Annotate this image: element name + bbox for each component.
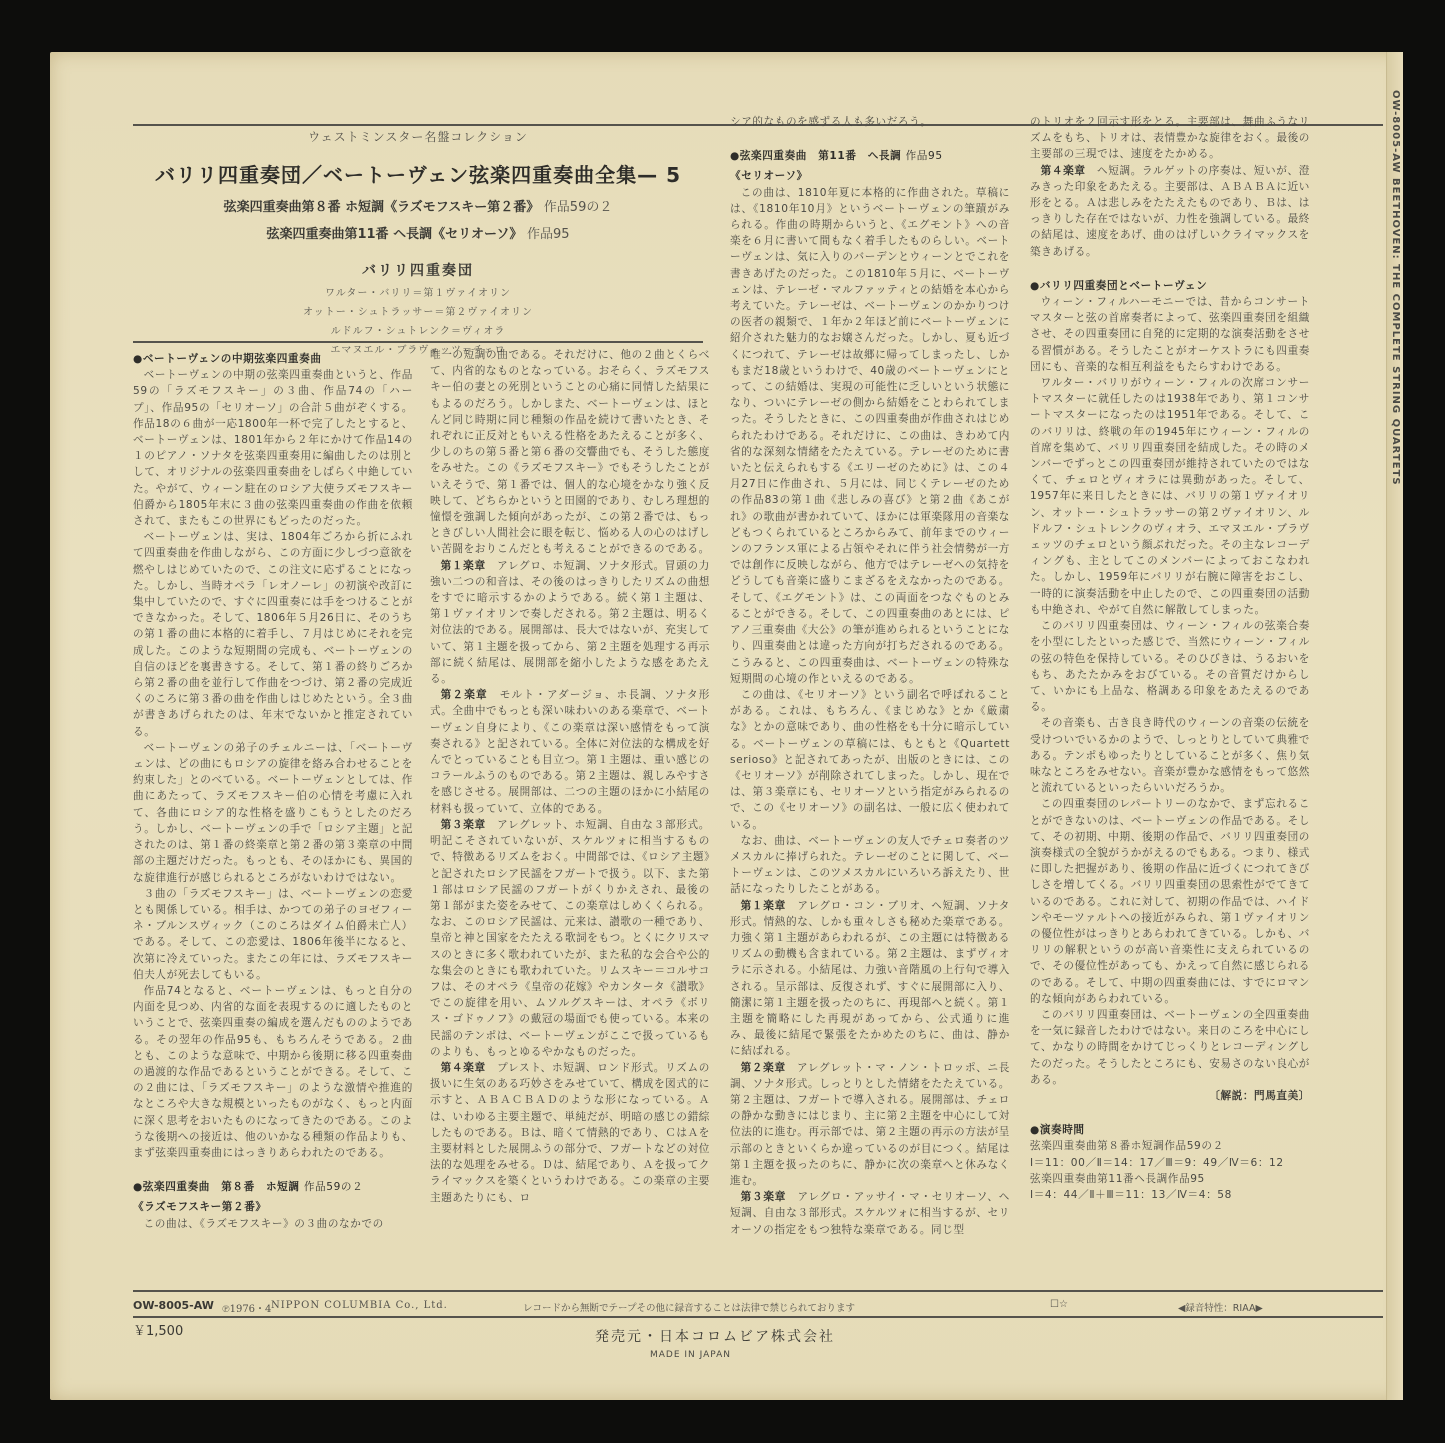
heading-opus: 作品95 [906, 150, 943, 162]
paragraph: この曲は、《ラズモフスキー》の３曲のなかでの [133, 1216, 413, 1232]
timing-values: Ⅰ＝4：44／Ⅱ＋Ⅲ＝11：13／Ⅳ＝4：58 [1030, 1187, 1310, 1203]
series-name: ウェストミンスター名盤コレクション [133, 128, 703, 145]
spine-text: OW-8005-AW BEETHOVEN: THE COMPLETE STRIN… [1390, 90, 1401, 486]
paragraph: この曲は、1810年夏に本格的に作曲された。草稿には、《1810年10月》という… [730, 185, 1010, 687]
timing-work: 弦楽四重奏曲第11番ヘ長調作品95 [1030, 1171, 1310, 1187]
author-signature: 〔解説：門馬直美〕 [1030, 1088, 1310, 1104]
price: ￥1,500 [133, 1320, 183, 1339]
paragraph: ウィーン・フィルハーモニーでは、昔からコンサートマスターと弦の首席奏者によって、… [1030, 294, 1310, 375]
movement-paragraph: 第１楽章 アレグロ・コン・ブリオ、ヘ短調、ソナタ形式。情熱的な、しかも重々しさも… [730, 898, 1010, 1060]
movement-text: アレグロ・コン・ブリオ、ヘ短調、ソナタ形式。情熱的な、しかも重々しさも秘めた楽章… [730, 900, 1010, 1058]
timing-values: Ⅰ＝11：00／Ⅱ＝14：17／Ⅲ＝9：49／Ⅳ＝6：12 [1030, 1155, 1310, 1171]
movement-label: 第４楽章 [1041, 165, 1086, 177]
paragraph: ３曲の「ラズモフスキー」は、ベートーヴェンの恋愛とも関係している。相手は、かつて… [133, 886, 413, 983]
section-heading: ●弦楽四重奏曲 第11番 ヘ長調 作品95 [730, 148, 1010, 164]
timing-heading: ●演奏時間 [1030, 1122, 1310, 1138]
album-title: バリリ四重奏団／ベートーヴェン弦楽四重奏曲全集— 5 [133, 159, 703, 188]
paragraph: シア的なものを感ずる人も多いだろう。 [730, 114, 1010, 130]
heading-opus: 作品59の２ [304, 1181, 363, 1193]
footer-bottom-rule [133, 1316, 1383, 1318]
movement-paragraph: 第４楽章 プレスト、ホ短調、ロンド形式。リズムの扱いに生気のある巧妙さをみせてい… [430, 1060, 710, 1206]
seller: 発売元・日本コロムビア株式会社 [595, 1326, 835, 1346]
movement-paragraph: 第２楽章 アレグレット・マ・ノン・トロッポ、ニ長調、ソナタ形式。しっとりとした情… [730, 1060, 1010, 1190]
movement-paragraph: 第２楽章 モルト・アダージョ、ホ長調、ソナタ形式。全曲中でもっとも深い味わいのあ… [430, 687, 710, 817]
section-heading: ●バリリ四重奏団とベートーヴェン [1030, 278, 1310, 294]
movement-text: ヘ短調。ラルゲットの序奏は、短いが、澄みきった印象をあたえる。主要部は、ＡＢＡＢ… [1030, 165, 1310, 258]
work-line-1: 弦楽四重奏曲第８番 ホ短調《ラズモフスキー第２番》 作品59の２ [133, 196, 703, 215]
paragraph: このバリリ四重奏団は、ベートーヴェンの全四重奏曲を一気に録音したわけではない。来… [1030, 1007, 1310, 1088]
section-subheading: 《セリオーソ》 [730, 168, 1010, 184]
marks-icon: ☐☆ [1050, 1299, 1068, 1310]
column-2: 唯一の短調の曲である。それだけに、他の２曲とくらべて、内省的なものとなっている。… [430, 347, 710, 1206]
copy-notice: レコードから無断でテープその他に録音することは法律で禁じられております [523, 1300, 855, 1314]
paragraph: ベートーヴェンは、実は、1804年ごろから折にふれて四重奏曲を作曲しながら、この… [133, 529, 413, 740]
member: オットー・シュトラッサー＝第２ヴァイオリン [133, 303, 703, 318]
movement-paragraph: 第４楽章 ヘ短調。ラルゲットの序奏は、短いが、澄みきった印象をあたえる。主要部は… [1030, 163, 1310, 260]
work-title: 弦楽四重奏曲第11番 ヘ長調《セリオーソ》 [266, 227, 522, 242]
heading-text: ●弦楽四重奏曲 第８番 ホ短調 [133, 1181, 300, 1193]
movement-label: 第２楽章 [741, 1062, 786, 1074]
paragraph: のトリオを２回示す形をとる。主要部は、舞曲ふうなリズムをもち、トリオは、表情豊か… [1030, 114, 1310, 163]
work-opus: 作品95 [527, 227, 570, 242]
heading-text: ●弦楽四重奏曲 第11番 ヘ長調 [730, 150, 901, 162]
copyright: ℗1976・4 [222, 1300, 271, 1315]
paragraph: この四重奏団のレパートリーのなかで、まず忘れることができないのは、ベートーヴェン… [1030, 796, 1310, 1007]
paragraph: ベートーヴェンの中期の弦楽四重奏曲というと、作品59の「ラズモフスキー」の３曲、… [133, 367, 413, 529]
paragraph: ワルター・バリリがウィーン・フィルの次席コンサートマスターに就任したのは1938… [1030, 375, 1310, 618]
work-title: 弦楽四重奏曲第８番 ホ短調《ラズモフスキー第２番》 [224, 200, 540, 215]
movement-label: 第３楽章 [741, 1191, 787, 1203]
movement-text: プレスト、ホ短調、ロンド形式。リズムの扱いに生気のある巧妙さをみせていて、構成を… [430, 1062, 710, 1204]
footer-top-rule [133, 1290, 1383, 1292]
member: ワルター・バリリ＝第１ヴァイオリン [133, 284, 703, 299]
header-bottom-rule [133, 341, 703, 343]
movement-paragraph: 第１楽章 アレグロ、ホ短調、ソナタ形式。冒頭の力強い二つの和音は、その後のはっき… [430, 558, 710, 688]
title-block: ウェストミンスター名盤コレクション バリリ四重奏団／ベートーヴェン弦楽四重奏曲全… [133, 124, 703, 356]
company-name: NIPPON COLUMBIA Co., Ltd. [271, 1300, 448, 1311]
movement-text: アレグレット、ホ短調、自由な３部形式。明記こそされていないが、スケルツォに相当す… [430, 819, 710, 1058]
ensemble-name: バリリ四重奏団 [133, 260, 703, 280]
movement-label: 第１楽章 [741, 900, 786, 912]
riaa-label: ◀録音特性：RIAA▶ [1178, 1300, 1263, 1314]
member: ルドルフ・シュトレンク＝ヴィオラ [133, 322, 703, 337]
movement-paragraph: 第３楽章 アレグレット、ホ短調、自由な３部形式。明記こそされていないが、スケルツ… [430, 817, 710, 1060]
paragraph: この曲は、《セリオーソ》という副名で呼ばれることがある。これは、もちろん、《まじ… [730, 687, 1010, 833]
paragraph: このバリリ四重奏団は、ウィーン・フィルの弦楽合奏を小型にしたといった感じで、当然… [1030, 618, 1310, 715]
work-opus: 作品59の２ [544, 200, 613, 215]
movement-text: モルト・アダージョ、ホ長調、ソナタ形式。全曲中でもっとも深い味わいのある楽章で、… [430, 689, 710, 814]
column-1: ●ベートーヴェンの中期弦楽四重奏曲 ベートーヴェンの中期の弦楽四重奏曲というと、… [133, 347, 413, 1232]
paragraph: なお、曲は、ベートーヴェンの友人でチェロ奏者のツメスカルに捧げられた。テレーゼの… [730, 833, 1010, 898]
column-3: シア的なものを感ずる人も多いだろう。 ●弦楽四重奏曲 第11番 ヘ長調 作品95… [730, 114, 1010, 1238]
catalog-number: OW-8005-AW [133, 1299, 214, 1312]
paragraph: ベートーヴェンの弟子のチェルニーは、「ベートーヴェンは、どの曲にもロシアの旋律を… [133, 740, 413, 886]
movement-label: 第３楽章 [441, 819, 486, 831]
made-in: MADE IN JAPAN [650, 1350, 731, 1360]
record-jacket-back: OW-8005-AW BEETHOVEN: THE COMPLETE STRIN… [50, 52, 1403, 1400]
movement-label: 第１楽章 [441, 560, 486, 572]
movement-label: 第２楽章 [441, 689, 488, 701]
spine: OW-8005-AW BEETHOVEN: THE COMPLETE STRIN… [1386, 52, 1403, 1400]
paragraph: 作品74となると、ベートーヴェンは、もっと自分の内面を見つめ、内省的な面を表現す… [133, 983, 413, 1161]
column-4: のトリオを２回示す形をとる。主要部は、舞曲ふうなリズムをもち、トリオは、表情豊か… [1030, 114, 1310, 1203]
section-subheading: 《ラズモフスキー第２番》 [133, 1199, 413, 1215]
work-line-2: 弦楽四重奏曲第11番 ヘ長調《セリオーソ》 作品95 [133, 223, 703, 242]
movement-text: アレグレット・マ・ノン・トロッポ、ニ長調、ソナタ形式。しっとりとした情緒をたたえ… [730, 1062, 1010, 1187]
timing-work: 弦楽四重奏曲第８番ホ短調作品59の２ [1030, 1138, 1310, 1154]
movement-text: アレグロ、ホ短調、ソナタ形式。冒頭の力強い二つの和音は、その後のはっきりしたリズ… [430, 560, 710, 685]
section-heading: ●ベートーヴェンの中期弦楽四重奏曲 [133, 351, 413, 367]
section-heading: ●弦楽四重奏曲 第８番 ホ短調 作品59の２ [133, 1179, 413, 1195]
paragraph: その音楽も、古き良き時代のウィーンの音楽の伝統を受けついでいるかのようで、しっと… [1030, 715, 1310, 796]
movement-label: 第４楽章 [441, 1062, 486, 1074]
movement-paragraph: 第３楽章 アレグロ・アッサイ・マ・セリオーソ、ヘ短調、自由な３部形式。スケルツォ… [730, 1189, 1010, 1238]
paragraph: 唯一の短調の曲である。それだけに、他の２曲とくらべて、内省的なものとなっている。… [430, 347, 710, 558]
